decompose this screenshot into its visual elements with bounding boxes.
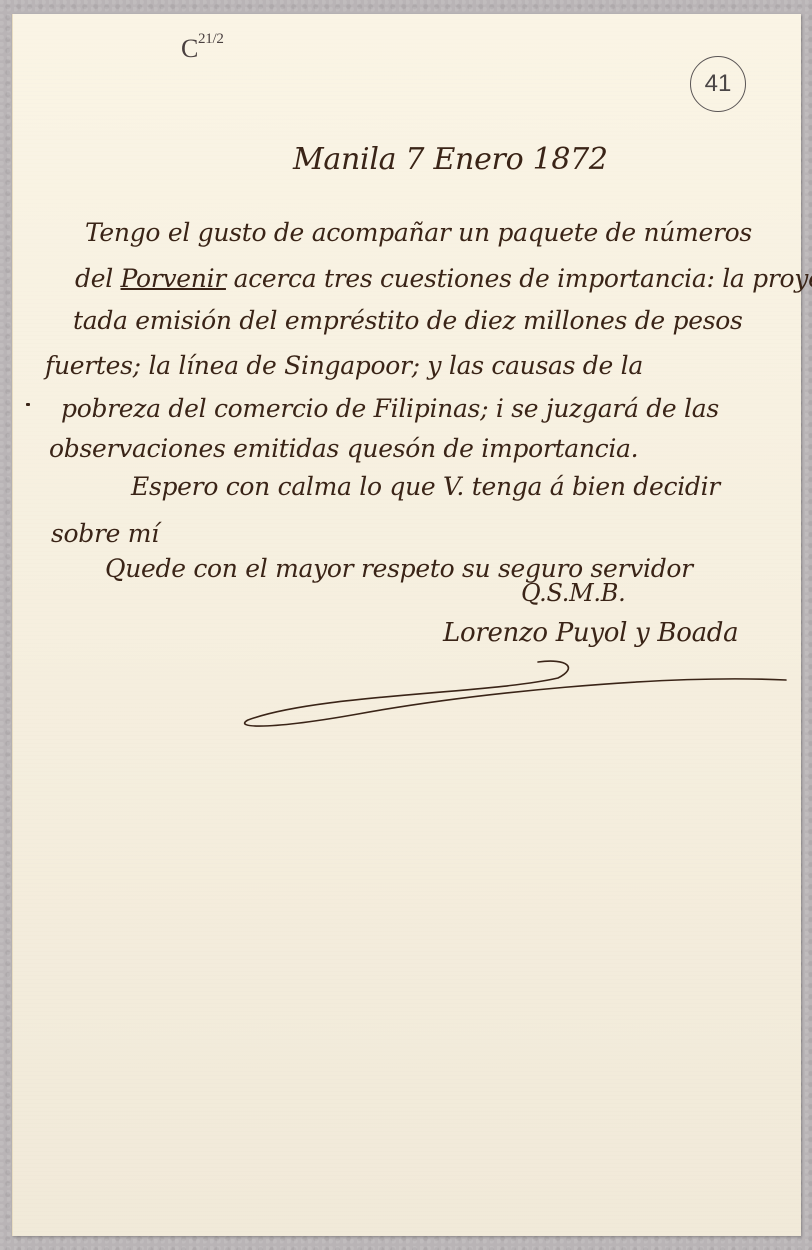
body-line-8: sobre mí (51, 519, 159, 548)
body-line-3: tada emisión del empréstito de diez mill… (73, 306, 743, 335)
body-line-2-text: del Porvenir acerca tres cuestiones de i… (75, 264, 812, 293)
archive-reference-denominator: 2 (216, 31, 223, 47)
body-line-4: fuertes; la línea de Singapoor; y las ca… (45, 351, 643, 380)
folio-number-stamp: 41 (690, 56, 746, 112)
signature: Lorenzo Puyol y Boada (443, 618, 738, 648)
closing-abbreviation: Q.S.M.B. (521, 579, 625, 607)
archive-reference: C21/2 (181, 34, 224, 64)
body-line-7: Espero con calma lo que V. tenga á bien … (131, 472, 720, 501)
body-line-1: Tengo el gusto de acompañar un paquete d… (85, 218, 752, 247)
body-line-6: observaciones emitidas quesón de importa… (49, 434, 638, 463)
dateline: Manila 7 Enero 1872 (293, 142, 608, 177)
body-line-2: del Porvenir acerca tres cuestiones de i… (75, 264, 812, 293)
underlined-word: Porvenir (121, 264, 226, 293)
body-line-5: pobreza del comercio de Filipinas; i se … (61, 394, 719, 423)
archive-reference-prefix: C (181, 34, 198, 63)
margin-mark (26, 403, 30, 406)
letter-page: C21/2 41 Manila 7 Enero 1872 Tengo el gu… (12, 14, 801, 1236)
signature-flourish-icon (238, 654, 798, 734)
archive-reference-numerator: 21 (198, 31, 212, 47)
